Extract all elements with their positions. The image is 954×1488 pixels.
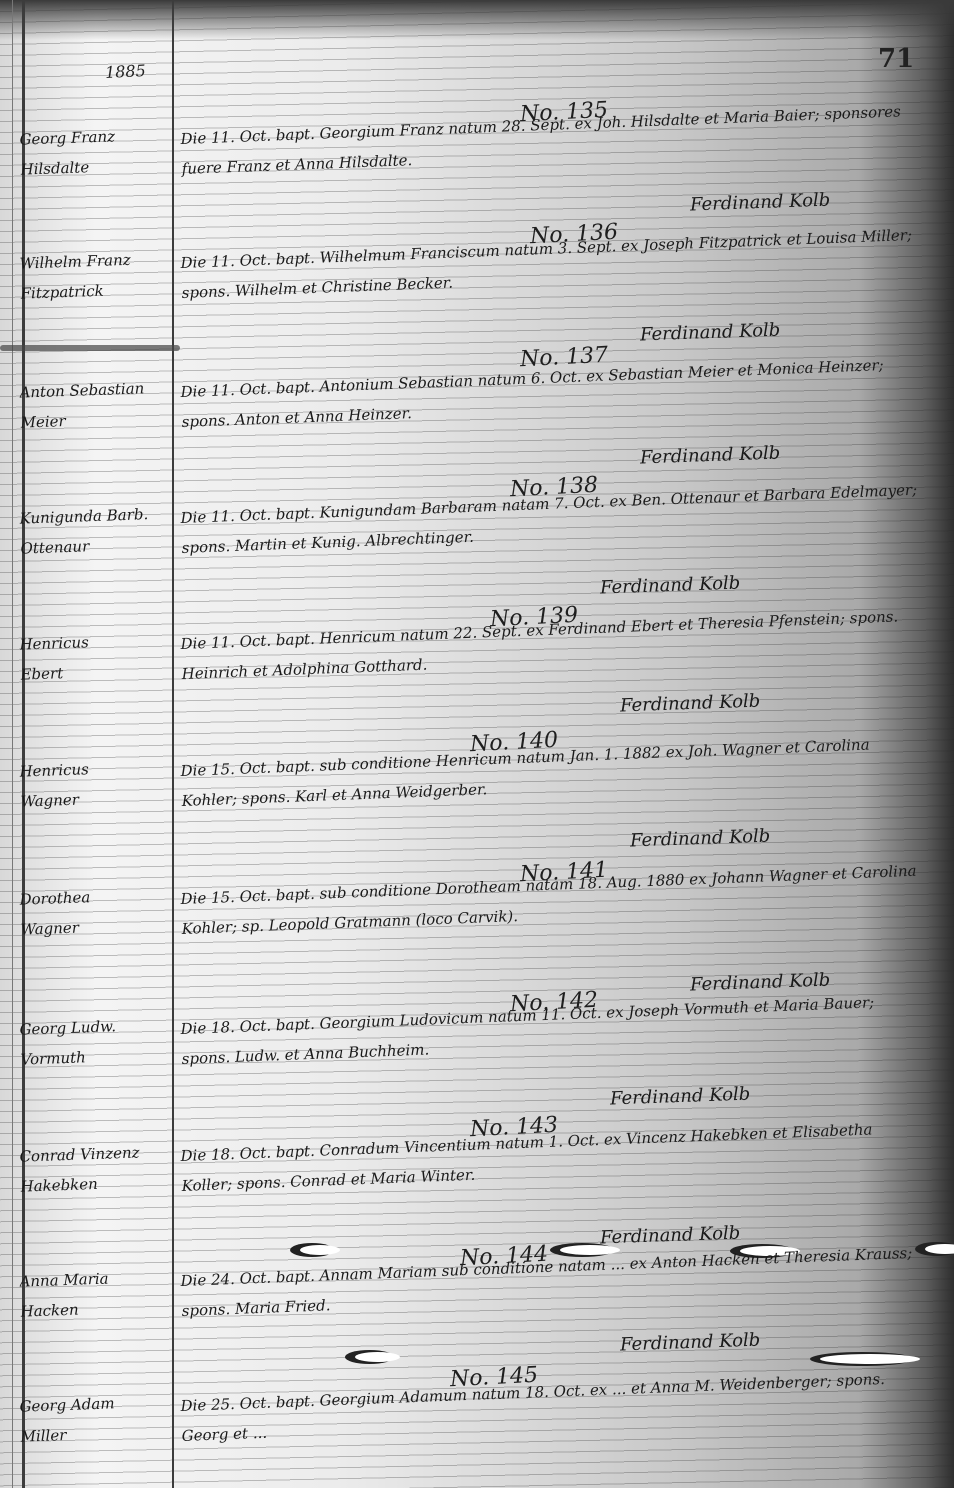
entry-text: Die 24. Oct. bapt. Annam Mariam sub cond… [180,1238,922,1326]
child-name: Anton SebastianMeier [19,372,171,437]
scan-shadow [0,0,954,40]
officiant-signature: Ferdinand Kolb [600,573,741,599]
child-name: Kunigunda Barb.Ottenaur [19,498,171,563]
child-name: Conrad VinzenzHakebken [19,1136,171,1201]
entry-text: Die 15. Oct. bapt. sub conditione Doroth… [180,856,922,944]
left-edge-rule [12,0,13,1488]
entry-text: Die 11. Oct. bapt. Kunigundam Barbaram n… [180,475,922,563]
name-column-rule [172,0,174,1488]
paper-damage [925,1244,954,1254]
paper-damage [355,1352,400,1362]
officiant-signature: Ferdinand Kolb [690,190,831,216]
entry-text: Die 11. Oct. bapt. Wilhelmum Franciscum … [180,220,922,308]
child-name: Wilhelm FranzFitzpatrick [19,243,171,308]
officiant-signature: Ferdinand Kolb [620,1330,761,1356]
child-name: HenricusEbert [19,624,171,689]
entry-text: Die 18. Oct. bapt. Conradum Vincentium n… [180,1113,922,1201]
officiant-signature: Ferdinand Kolb [620,691,761,717]
officiant-signature: Ferdinand Kolb [640,320,781,346]
child-name: HenricusWagner [19,751,171,816]
officiant-signature: Ferdinand Kolb [630,826,771,852]
officiant-signature: Ferdinand Kolb [610,1084,751,1110]
officiant-signature: Ferdinand Kolb [640,443,781,469]
child-name: Georg AdamMiller [19,1386,171,1451]
page-number: 71 [878,44,914,74]
paper-damage [300,1245,340,1255]
entry-text: Die 11. Oct. bapt. Georgium Franz natum … [180,96,922,184]
left-margin-rule [22,0,25,1488]
child-name: Georg FranzHilsdalte [19,119,171,184]
ink-smudge [0,345,180,351]
register-page: 71 1885 No. 135 Georg FranzHilsdalte Die… [0,0,954,1488]
child-name: DorotheaWagner [19,879,171,944]
entry-text: Die 15. Oct. bapt. sub conditione Henric… [180,728,922,816]
entry-text: Die 11. Oct. bapt. Antonium Sebastian na… [180,349,922,437]
child-name: Anna MariaHacken [19,1261,171,1326]
register-year: 1885 [105,61,147,82]
entry-text: Die 11. Oct. bapt. Henricum natum 22. Se… [180,601,922,689]
entry-text: Die 25. Oct. bapt. Georgium Adamum natum… [180,1363,922,1451]
entry-text: Die 18. Oct. bapt. Georgium Ludovicum na… [180,986,922,1074]
child-name: Georg Ludw.Vormuth [19,1009,171,1074]
